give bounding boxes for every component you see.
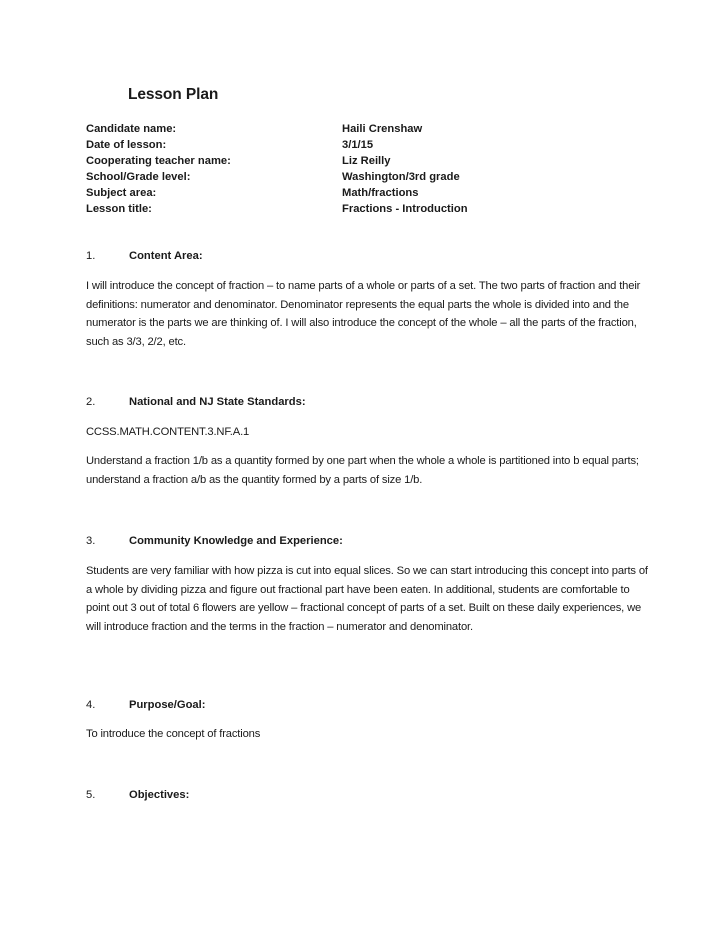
info-label: School/Grade level: <box>86 169 342 185</box>
info-value: Liz Reilly <box>342 153 606 169</box>
section-title: Purpose/Goal: <box>129 697 205 713</box>
info-row-lesson-title: Lesson title: Fractions - Introduction <box>86 201 606 217</box>
section-heading-standards: 2. National and NJ State Standards: <box>86 394 306 410</box>
section-title: National and NJ State Standards: <box>129 394 306 410</box>
section-number: 2. <box>86 394 129 410</box>
section-paragraph: Students are very familiar with how pizz… <box>86 562 656 636</box>
section-heading-objectives: 5. Objectives: <box>86 787 189 803</box>
info-row-school-grade: School/Grade level: Washington/3rd grade <box>86 169 606 185</box>
info-value: Fractions - Introduction <box>342 201 606 217</box>
info-value: Haili Crenshaw <box>342 121 606 137</box>
section-paragraph: To introduce the concept of fractions <box>86 725 656 744</box>
section-number: 3. <box>86 533 129 549</box>
info-row-cooperating-teacher: Cooperating teacher name: Liz Reilly <box>86 153 606 169</box>
section-number: 5. <box>86 787 129 803</box>
section-title: Community Knowledge and Experience: <box>129 533 343 549</box>
section-number: 4. <box>86 697 129 713</box>
info-row-candidate: Candidate name: Haili Crenshaw <box>86 121 606 137</box>
info-row-date: Date of lesson: 3/1/15 <box>86 137 606 153</box>
document-title: Lesson Plan <box>128 86 218 104</box>
section-paragraph: I will introduce the concept of fraction… <box>86 277 656 351</box>
info-value: 3/1/15 <box>342 137 606 153</box>
info-label: Subject area: <box>86 185 342 201</box>
info-value: Math/fractions <box>342 185 606 201</box>
info-label: Cooperating teacher name: <box>86 153 342 169</box>
info-label: Candidate name: <box>86 121 342 137</box>
document-page: Lesson Plan Candidate name: Haili Crensh… <box>0 0 728 942</box>
info-label: Date of lesson: <box>86 137 342 153</box>
section-heading-purpose-goal: 4. Purpose/Goal: <box>86 697 205 713</box>
section-title: Content Area: <box>129 248 203 264</box>
section-number: 1. <box>86 248 129 264</box>
section-title: Objectives: <box>129 787 189 803</box>
section-heading-community-knowledge: 3. Community Knowledge and Experience: <box>86 533 343 549</box>
section-paragraph: Understand a fraction 1/b as a quantity … <box>86 452 656 489</box>
info-value: Washington/3rd grade <box>342 169 606 185</box>
standard-code: CCSS.MATH.CONTENT.3.NF.A.1 <box>86 423 656 442</box>
lesson-info-table: Candidate name: Haili Crenshaw Date of l… <box>86 121 606 217</box>
info-label: Lesson title: <box>86 201 342 217</box>
info-row-subject: Subject area: Math/fractions <box>86 185 606 201</box>
section-heading-content-area: 1. Content Area: <box>86 248 203 264</box>
